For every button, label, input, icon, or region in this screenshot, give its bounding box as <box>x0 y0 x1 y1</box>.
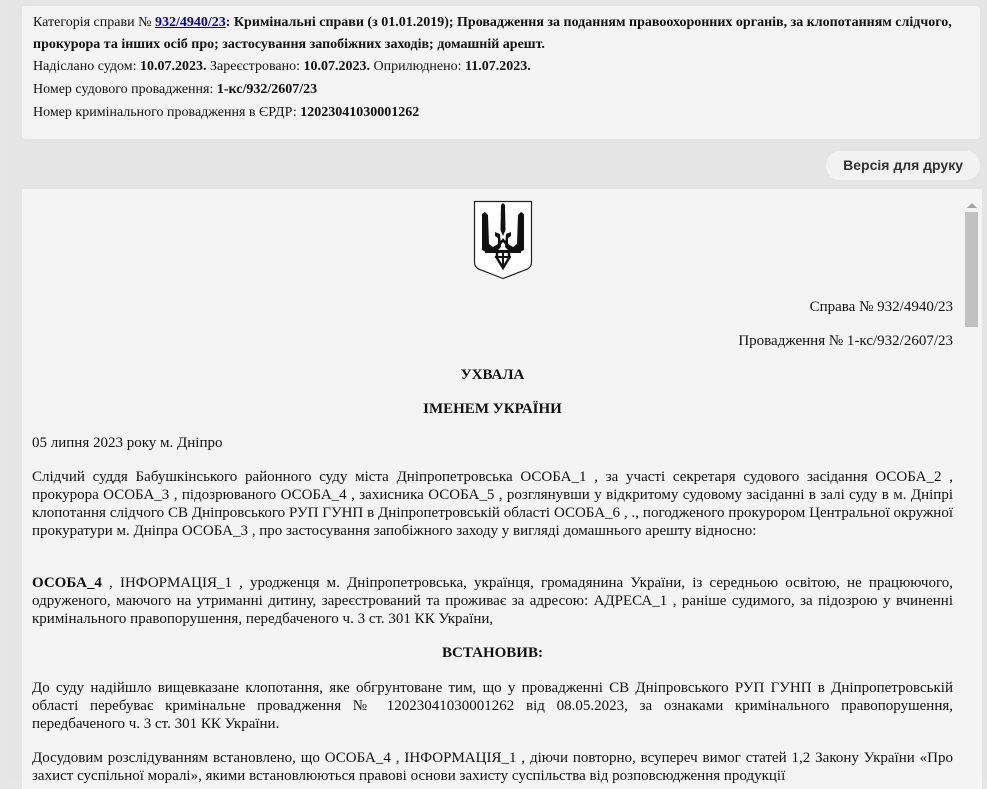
suspect-name: ОСОБА_4 <box>32 575 102 591</box>
print-version-button[interactable]: Версія для друку <box>826 151 980 180</box>
sent-label: Надіслано судом: <box>33 59 140 74</box>
paragraph-intro: Слідчий суддя Бабушкінського районного с… <box>32 468 953 540</box>
paragraph-petition: До суду надійшло вищевказане клопотання,… <box>32 679 953 733</box>
case-number-link[interactable]: 932/4940/23 <box>155 15 226 30</box>
proceeding-number: Провадження № 1-кс/932/2607/23 <box>738 332 953 350</box>
erdr-line: Номер кримінального провадження в ЄРДР: … <box>33 102 970 124</box>
case-number: Справа № 932/4940/23 <box>810 298 953 316</box>
court-proceeding-number: 1-кс/932/2607/23 <box>217 82 317 97</box>
court-proceeding-line: Номер судового провадження: 1-кс/932/260… <box>33 79 970 101</box>
published-label: Оприлюднено: <box>370 59 465 74</box>
page-background: Категорія справи № 932/4940/23: Кримінал… <box>5 0 987 779</box>
document-title: УХВАЛА <box>32 366 953 384</box>
scroll-thumb[interactable] <box>965 212 978 327</box>
date-place: 05 липня 2023 року м. Дніпро <box>32 434 953 452</box>
erdr-label: Номер кримінального провадження в ЄРДР: <box>33 105 300 120</box>
published-date: 11.07.2023. <box>465 59 531 74</box>
toolbar: Версія для друку <box>22 140 980 188</box>
established-heading: ВСТАНОВИВ: <box>32 644 953 662</box>
document-frame[interactable]: Справа № 932/4940/23 Провадження № 1-кс/… <box>22 189 982 779</box>
registered-label: Зареєстровано: <box>207 59 304 74</box>
registered-date: 10.07.2023. <box>303 59 370 74</box>
document-scrollbar[interactable] <box>964 194 980 779</box>
paragraph-suspect: ОСОБА_4 , ІНФОРМАЦІЯ_1 , уродженця м. Дн… <box>32 574 953 628</box>
case-info-panel: Категорія справи № 932/4940/23: Кримінал… <box>22 6 980 139</box>
erdr-number: 12023041030001262 <box>300 105 419 120</box>
category-label: Категорія справи № <box>33 15 155 30</box>
document-subtitle: ІМЕНЕМ УКРАЇНИ <box>32 400 953 418</box>
scroll-up-arrow-icon[interactable] <box>967 203 977 208</box>
case-category-line-2: прокурора та інших осіб про; застосуванн… <box>33 34 970 56</box>
sent-date: 10.07.2023. <box>140 59 207 74</box>
paragraph-investigation: Досудовим розслідуванням встановлено, що… <box>32 749 953 779</box>
court-proceeding-label: Номер судового провадження: <box>33 82 217 97</box>
category-text: : Кримінальні справи (з 01.01.2019); Про… <box>226 15 952 30</box>
suspect-details: , ІНФОРМАЦІЯ_1 , уродженця м. Дніпропетр… <box>32 575 953 627</box>
coat-of-arms-icon <box>473 200 533 280</box>
dates-line: Надіслано судом: 10.07.2023. Зареєстрова… <box>33 56 970 78</box>
category-text-2: прокурора та інших осіб про; застосуванн… <box>33 37 545 52</box>
case-category-line: Категорія справи № 932/4940/23: Кримінал… <box>33 12 970 34</box>
